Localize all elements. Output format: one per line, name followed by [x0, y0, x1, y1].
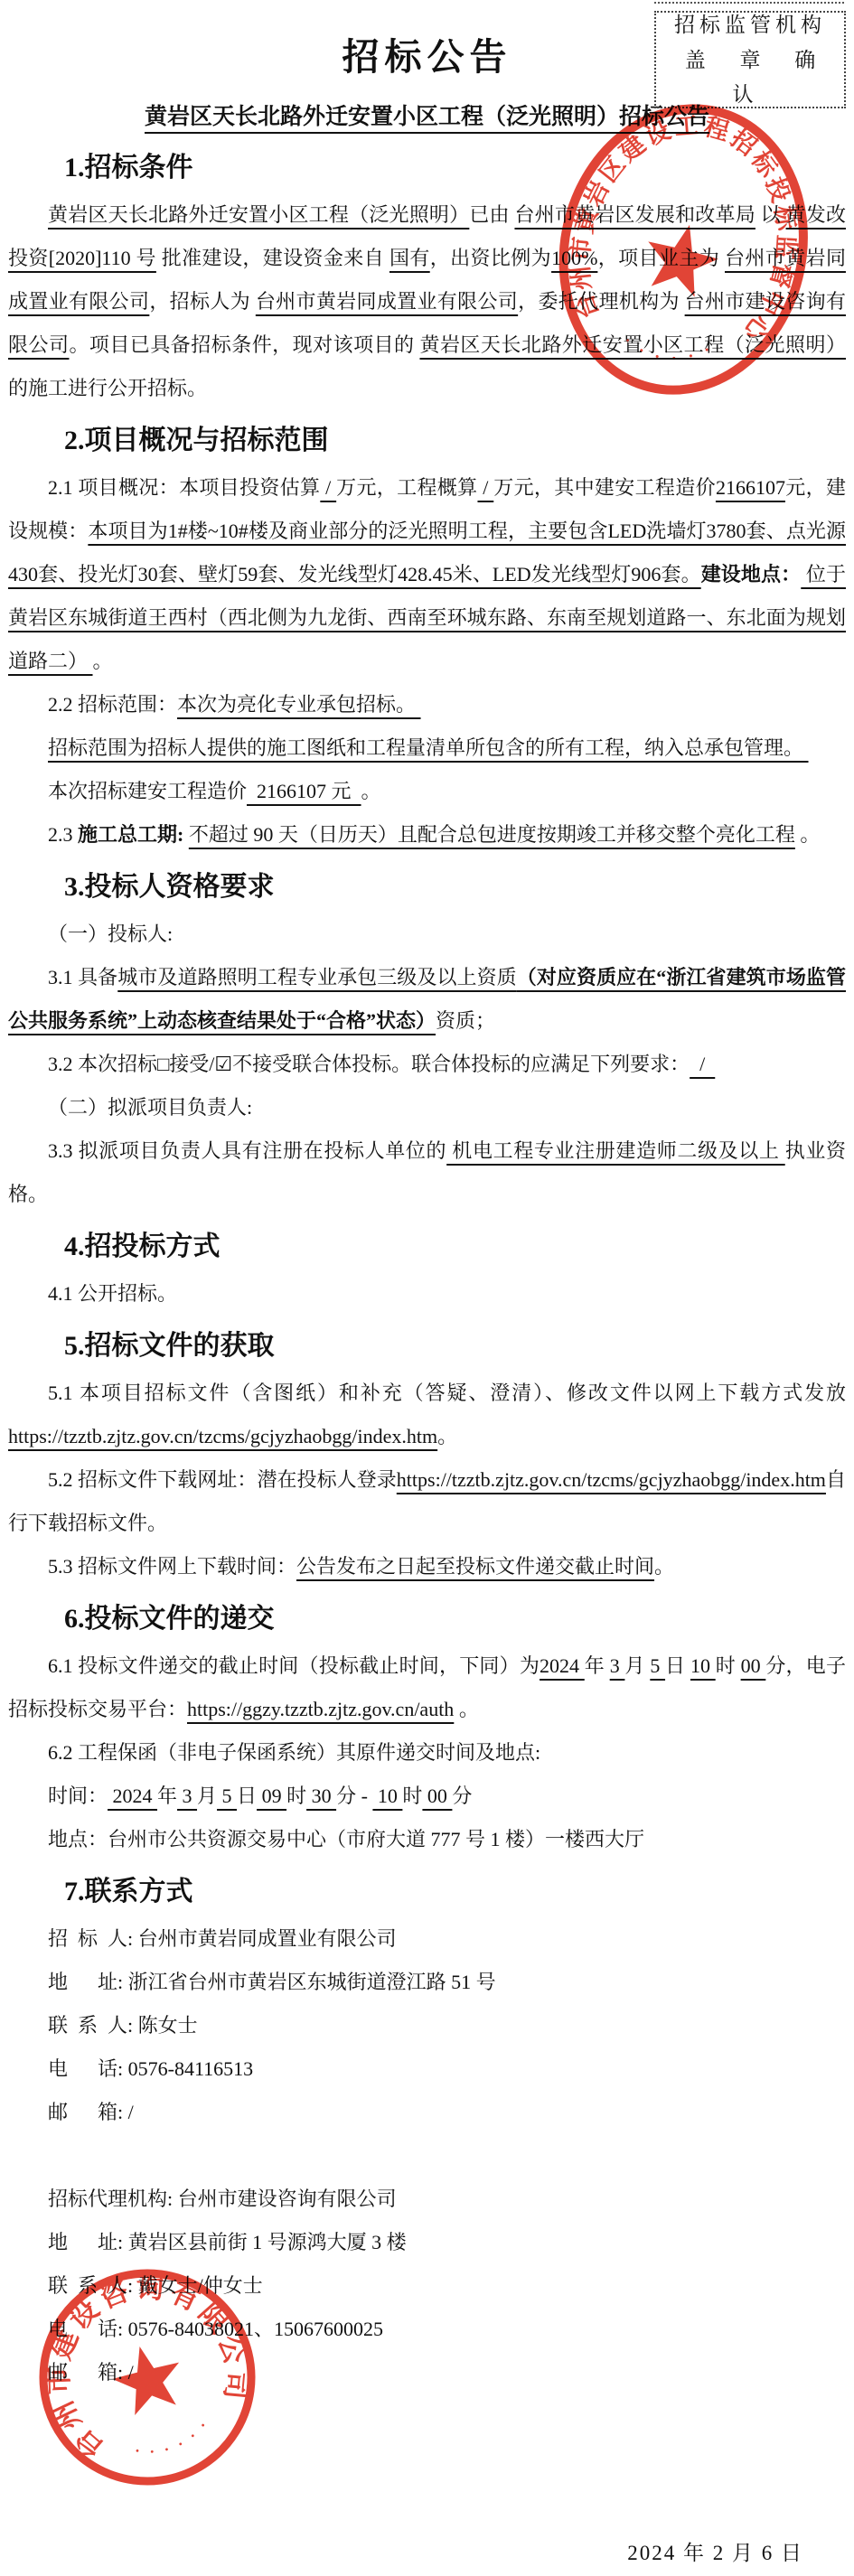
text-run: 联 系 人: 陈女士 — [48, 2014, 198, 2037]
dotted-divider — [654, 2, 844, 4]
paragraph: 本次招标建安工程造价 2166107 元 。 — [8, 770, 846, 813]
supervision-box-line2: 盖 章 确 认 — [656, 43, 844, 112]
paragraph: 招 标 人: 台州市黄岩同成置业有限公司 — [8, 1917, 846, 1961]
paragraph: 6.1 投标文件递交的截止时间（投标截止时间，下同）为2024 年 3 月 5 … — [8, 1644, 846, 1731]
text-run: 2.2 招标范围： — [48, 693, 177, 716]
paragraph: 5.1 本项目招标文件（含图纸）和补充（答疑、澄清）、修改文件以网上下载方式发放… — [8, 1372, 846, 1458]
text-run: ，出资比例为 — [430, 247, 551, 269]
url-text: https://ggzy.tzztb.zjtz.gov.cn/auth — [187, 1698, 454, 1720]
text-run: 3.1 具备 — [48, 966, 117, 988]
paragraph: 电 话: 0576-84038021、15067600025 — [8, 2308, 846, 2351]
text-run: 时 — [402, 1784, 422, 1807]
paragraph: 地 址: 黄岩区县前街 1 号源鸿大厦 3 楼 — [8, 2221, 846, 2264]
announcement-date: 2024 年 2 月 6 日 — [627, 2535, 803, 2571]
text-run: 5.2 招标文件下载网址：潜在投标人登录 — [48, 1468, 397, 1491]
text-run: 。 — [361, 780, 381, 802]
text-run: 邮 箱: / — [48, 2361, 134, 2384]
text-run: 6.2 工程保函（非电子保函系统）其原件递交时间及地点: — [48, 1741, 540, 1764]
text-run: 批准建设，建设资金来自 — [156, 247, 389, 269]
text-run: 时 — [716, 1654, 741, 1677]
url-text: https://tzztb.zjtz.gov.cn/tzcms/gcjyzhao… — [397, 1468, 826, 1491]
filled-blank-value: 2024 — [108, 1784, 157, 1807]
section-heading: 2.项目概况与招标范围 — [64, 417, 846, 464]
filled-blank-value: 机电工程专业注册建造师二级及以上 — [446, 1139, 785, 1162]
section-heading: 4.招投标方式 — [64, 1223, 846, 1270]
paragraph: 2.1 项目概况：本项目投资估算 / 万元，工程概算 / 万元，其中建安工程造价… — [8, 466, 846, 683]
paragraph: 黄岩区天长北路外迁安置小区工程（泛光照明）已由 台州市黄岩区发展和改革局 以 黄… — [8, 193, 846, 410]
filled-blank-value: 黄岩区天长北路外迁安置小区工程（泛光照明） — [419, 333, 846, 356]
text-run: 万元，其中建安工程造价 — [493, 476, 716, 499]
text-run: 年 — [157, 1784, 177, 1807]
paragraph: 招标范围为招标人提供的施工图纸和工程量清单所包含的所有工程，纳入总承包管理。 — [8, 726, 846, 770]
section-heading: 6.投标文件的递交 — [64, 1596, 846, 1643]
text-run: （二）拟派项目负责人: — [48, 1096, 252, 1119]
filled-blank-value: 30 — [306, 1784, 336, 1807]
text-run: 招标代理机构: 台州市建设咨询有限公司 — [48, 2187, 397, 2210]
paragraph: 地 址: 浙江省台州市黄岩区东城街道澄江路 51 号 — [8, 1961, 846, 2004]
text-run: 时 — [286, 1784, 306, 1807]
filled-blank-value: 台州市黄岩区发展和改革局 — [514, 203, 755, 226]
paragraph: 邮 箱: / — [8, 2091, 846, 2134]
text-run: 4.1 公开招标。 — [48, 1282, 177, 1305]
text-run: 年 — [585, 1654, 610, 1677]
paragraph: 联 系 人: 戴女士/仲女士 — [8, 2264, 846, 2308]
text-run: 日 — [665, 1654, 690, 1677]
text-run: 。项目已具备招标条件，现对该项目的 — [69, 333, 419, 356]
filled-blank-value: 09 — [257, 1784, 286, 1807]
text-run: 时间： — [48, 1784, 108, 1807]
text-run: 。 — [795, 823, 821, 846]
paragraph: （二）拟派项目负责人: — [8, 1086, 846, 1129]
paragraph: 时间： 2024 年 3 月 5 日 09 时 30 分 - 10 时 00 分 — [8, 1775, 846, 1818]
filled-blank-value: 公告发布之日起至投标文件递交截止时间 — [296, 1555, 654, 1578]
filled-blank-value: / — [477, 476, 493, 499]
filled-blank-value: 10 — [690, 1654, 716, 1677]
section-heading: 3.投标人资格要求 — [64, 864, 846, 911]
paragraph: 5.2 招标文件下载网址：潜在投标人登录https://tzztb.zjtz.g… — [8, 1458, 846, 1545]
filled-blank-value: 不超过 90 天（日历天）且配合总包进度按期竣工并移交整个亮化工程 — [189, 823, 795, 846]
text-run: 2.3 — [48, 823, 78, 846]
text-run: 2.1 项目概况：本项目投资估算 — [48, 476, 320, 499]
paragraph: （一）投标人: — [8, 913, 846, 956]
filled-blank-value: 黄岩区天长北路外迁安置小区工程（泛光照明） — [48, 203, 469, 226]
filled-blank-value: 00 — [741, 1654, 766, 1677]
text-run: 地 址: 黄岩区县前街 1 号源鸿大厦 3 楼 — [48, 2231, 407, 2253]
text-run: 3.2 本次招标□接受/☑不接受联合体投标。联合体投标的应满足下列要求： — [48, 1053, 690, 1075]
paragraph: 3.1 具备城市及道路照明工程专业承包三级及以上资质（对应资质应在“浙江省建筑市… — [8, 956, 846, 1043]
text-run: 分 - — [336, 1784, 372, 1807]
paragraph: 2.2 招标范围：本次为亮化专业承包招标。 — [8, 683, 846, 726]
paragraph: 联 系 人: 陈女士 — [8, 2004, 846, 2047]
paragraph: 4.1 公开招标。 — [8, 1272, 846, 1316]
text-run: 施工总工期: — [78, 823, 183, 846]
text-run: 分 — [452, 1784, 472, 1807]
text-run: 3.3 拟派项目负责人具有注册在投标人单位的 — [48, 1139, 446, 1162]
text-run: 月 — [624, 1654, 650, 1677]
paragraph: 3.2 本次招标□接受/☑不接受联合体投标。联合体投标的应满足下列要求： / — [8, 1043, 846, 1086]
filled-blank-value: 2166107 元 — [247, 780, 361, 802]
text-run: 以 — [755, 203, 786, 226]
filled-blank-value: / — [690, 1053, 715, 1075]
text-run: 建设地点： — [701, 563, 802, 585]
text-run: 月 — [197, 1784, 217, 1807]
paragraph: 邮 箱: / — [8, 2351, 846, 2394]
text-run: ，项目业主为 — [597, 247, 725, 269]
text-run: 。 — [454, 1698, 479, 1720]
filled-blank-value: 本次为亮化专业承包招标。 — [177, 693, 421, 716]
text-run: 电 话: 0576-84038021、15067600025 — [48, 2318, 383, 2340]
text-run: 5.1 本项目招标文件（含图纸）和补充（答疑、澄清）、修改文件以网上下载方式发放 — [48, 1382, 846, 1404]
text-run: 招 标 人: 台州市黄岩同成置业有限公司 — [48, 1927, 397, 1950]
paragraph: 电 话: 0576-84116513 — [8, 2047, 846, 2091]
section-heading: 1.招标条件 — [64, 145, 846, 192]
filled-blank-value: 台州市黄岩同成置业有限公司 — [256, 290, 518, 313]
tender-announcement-page: 招标监管机构 盖 章 确 认 招标公告 黄岩区天长北路外迁安置小区工程（泛光照明… — [0, 0, 854, 2576]
url-text: https://tzztb.zjtz.gov.cn/tzcms/gcjyzhao… — [8, 1425, 437, 1447]
paragraph: 2.3 施工总工期: 不超过 90 天（日历天）且配合总包进度按期竣工并移交整个… — [8, 813, 846, 857]
text-run: 万元，工程概算 — [336, 476, 477, 499]
text-run: ，招标人为 — [149, 290, 256, 313]
paragraph: 6.2 工程保函（非电子保函系统）其原件递交时间及地点: — [8, 1731, 846, 1775]
filled-blank-value: 10 — [372, 1784, 402, 1807]
text-run: 。 — [93, 650, 113, 672]
filled-blank-value: 2024 — [540, 1654, 585, 1677]
document-content: 招标公告 黄岩区天长北路外迁安置小区工程（泛光照明）招标公告 1.招标条件黄岩区… — [0, 31, 854, 2394]
filled-blank-value: 3 — [177, 1784, 197, 1807]
text-run: 。 — [654, 1555, 674, 1578]
filled-blank-value: 城市及道路照明工程专业承包三级及以上资质 — [117, 966, 517, 988]
text-run: 邮 箱: / — [48, 2101, 134, 2123]
filled-blank-value: 100% — [551, 247, 597, 269]
filled-blank-value: 招标范围为招标人提供的施工图纸和工程量清单所包含的所有工程，纳入总承包管理。 — [48, 736, 809, 759]
paragraph: 地点：台州市公共资源交易中心（市府大道 777 号 1 楼）一楼西大厅 — [8, 1818, 846, 1861]
text-run: 5.3 招标文件网上下载时间： — [48, 1555, 296, 1578]
section-heading: 7.联系方式 — [64, 1869, 846, 1916]
paragraph: 招标代理机构: 台州市建设咨询有限公司 — [8, 2178, 846, 2221]
filled-blank-value: 国有 — [389, 247, 430, 269]
supervision-stamp-box: 招标监管机构 盖 章 确 认 — [654, 11, 846, 108]
text-run: 。 — [437, 1425, 457, 1447]
filled-blank-value: 2166107 — [716, 476, 785, 499]
text-run: ，委托代理机构为 — [518, 290, 684, 313]
text-run: 地点：台州市公共资源交易中心（市府大道 777 号 1 楼）一楼西大厅 — [48, 1828, 644, 1850]
filled-blank-value: 5 — [217, 1784, 237, 1807]
paragraph: 3.3 拟派项目负责人具有注册在投标人单位的 机电工程专业注册建造师二级及以上 … — [8, 1129, 846, 1216]
section-heading: 5.招标文件的获取 — [64, 1323, 846, 1370]
paragraph: 5.3 招标文件网上下载时间：公告发布之日起至投标文件递交截止时间。 — [8, 1545, 846, 1588]
text-run: 已由 — [469, 203, 514, 226]
text-run: 资质； — [436, 1009, 495, 1032]
filled-blank-value: 00 — [422, 1784, 452, 1807]
text-run: 电 话: 0576-84116513 — [48, 2057, 253, 2080]
text-run: 地 址: 浙江省台州市黄岩区东城街道澄江路 51 号 — [48, 1971, 496, 1993]
document-body: 1.招标条件黄岩区天长北路外迁安置小区工程（泛光照明）已由 台州市黄岩区发展和改… — [8, 145, 846, 2394]
text-run: （一）投标人: — [48, 923, 173, 945]
filled-blank-value: 5 — [650, 1654, 665, 1677]
filled-blank-value: 3 — [610, 1654, 625, 1677]
filled-blank-value: / — [320, 476, 336, 499]
text-run: 本次招标建安工程造价 — [48, 780, 247, 802]
text-run: 联 系 人: 戴女士/仲女士 — [48, 2274, 263, 2297]
supervision-box-line1: 招标监管机构 — [656, 7, 844, 43]
text-run: 6.1 投标文件递交的截止时间（投标截止时间，下同）为 — [48, 1654, 540, 1677]
text-run: 日 — [237, 1784, 257, 1807]
